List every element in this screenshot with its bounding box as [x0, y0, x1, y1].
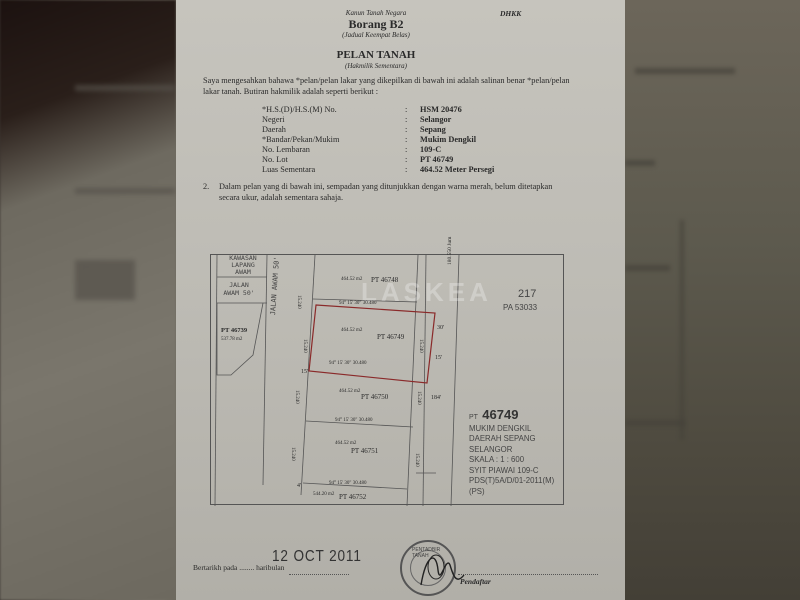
- detail-row: *H.S.(D)/H.S.(M) No.:HSM 20476: [262, 105, 582, 115]
- kawasan-lapang-awam-label: KAWASANLAPANGAWAM: [221, 255, 265, 276]
- title-block-lot-number: 46749: [482, 407, 518, 422]
- header-schedule: (Jadual Keempat Belas): [276, 31, 476, 39]
- date-stamp: 12 OCT 2011: [272, 548, 362, 566]
- detail-row: Daerah:Sepang: [262, 125, 582, 135]
- detail-row: No. Lembaran:109-C: [262, 145, 582, 155]
- paragraph-number: 2.: [203, 181, 209, 192]
- lot-label-46750: PT 46750: [361, 393, 388, 401]
- background-left-blur: [0, 0, 176, 600]
- plan-title-block: PT 46749 MUKIM DENGKIL DAERAH SEPANG SEL…: [469, 410, 563, 497]
- dated-label: Bertarikh pada ........ haribulan: [193, 563, 284, 572]
- page-subtitle: (Hakmilik Sementara): [276, 62, 476, 70]
- bearing-label: 94° 15' 30" 30.480: [335, 418, 372, 423]
- parcel-217-number: 217: [518, 288, 536, 300]
- lot-area-46739: 537.78 m2: [221, 337, 242, 342]
- header-office: Kanun Tanah Negara: [276, 9, 476, 17]
- detail-row: Luas Sementara:464.52 Meter Persegi: [262, 165, 582, 175]
- lot-label-46751: PT 46751: [351, 447, 378, 455]
- bearing-label: 94° 15' 30" 30.480: [329, 481, 366, 486]
- boundary-red: [309, 305, 435, 383]
- lot-label-46739: PT 46739: [221, 327, 247, 334]
- certification-paragraph: Saya mengesahkan bahawa *pelan/pelan lak…: [203, 75, 583, 97]
- signature-line: [458, 574, 598, 575]
- signature-icon: [416, 545, 466, 595]
- background-right-blur: [625, 0, 800, 600]
- land-plan-document: Kanun Tanah Negara Borang B2 (Jadual Kee…: [176, 0, 625, 600]
- page-title: PELAN TANAH: [276, 49, 476, 61]
- header-form: Borang B2: [276, 17, 476, 32]
- lot-label-46749: PT 46749: [377, 333, 404, 341]
- lot-label-46748: PT 46748: [371, 276, 398, 284]
- date-dotted-line: [289, 574, 349, 575]
- bearing-label: 94° 15' 30" 30.480: [329, 361, 366, 366]
- jalan-awam-small-label: JALANAWAM 50': [219, 281, 259, 297]
- boundary-note-paragraph: Dalam pelan yang di bawah ini, sempadan …: [219, 181, 559, 203]
- lot-label-46752: PT 46752: [339, 493, 366, 501]
- detail-row: Negeri:Selangor: [262, 115, 582, 125]
- header-code: DHKK: [500, 9, 521, 18]
- registrar-label: Pendaftar: [460, 577, 491, 586]
- parcel-217-ref: PA 53033: [503, 303, 537, 312]
- bearing-label: 94° 15' 30" 30.480: [339, 301, 376, 306]
- detail-row: No. Lot:PT 46749: [262, 155, 582, 165]
- land-plan-drawing: LASKEA KAWASANLAPANGAWAM JALANAWAM 50' J…: [210, 254, 564, 505]
- detail-row: *Bandar/Pekan/Mukim:Mukim Dengkil: [262, 135, 582, 145]
